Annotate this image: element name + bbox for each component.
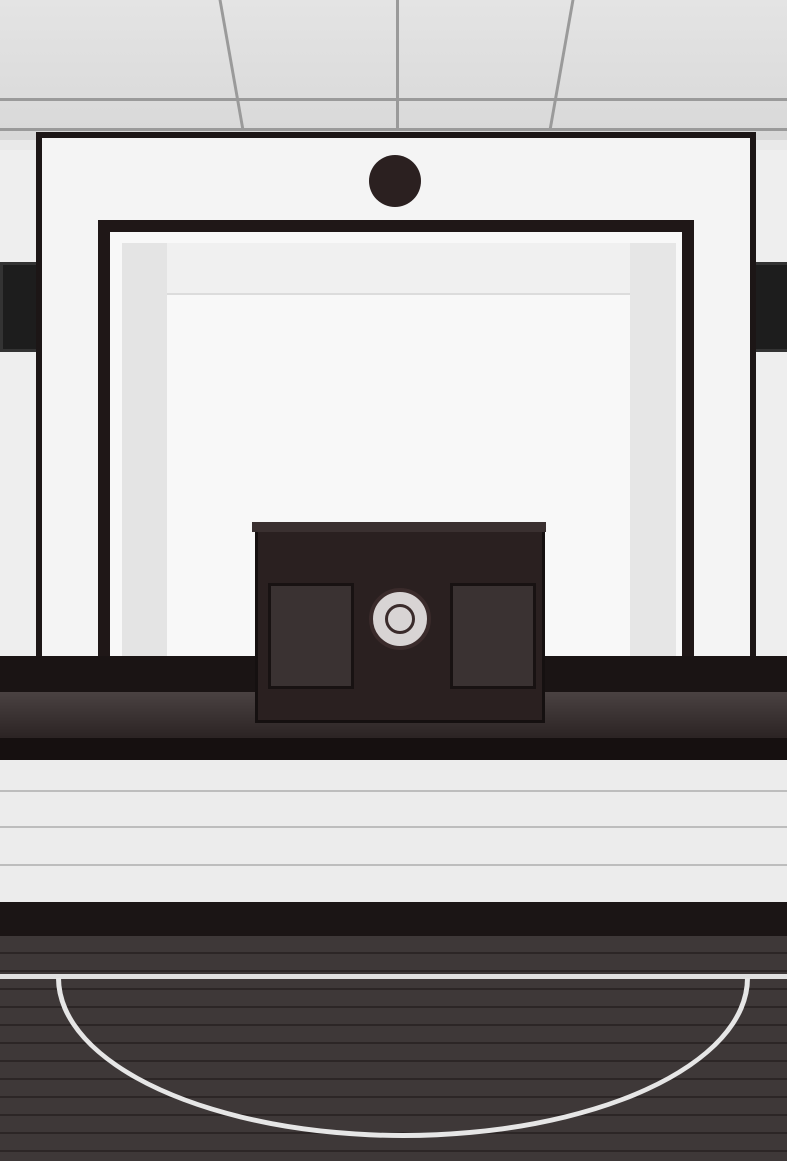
wall-emblem: [369, 155, 421, 207]
podium-panel-left: [268, 583, 354, 689]
step-base: [0, 902, 787, 938]
auditorium-photo: [0, 0, 787, 1161]
podium-panel-right: [450, 583, 536, 689]
step-line: [0, 790, 787, 792]
step-line: [0, 864, 787, 866]
ceiling: [0, 0, 787, 140]
ceiling-line: [0, 98, 787, 101]
ceiling-line: [396, 0, 399, 130]
podium-top: [252, 522, 546, 532]
left-wall: [0, 150, 40, 670]
stage-steps: [0, 760, 787, 906]
inner-header: [165, 243, 630, 295]
stage-edge: [0, 738, 787, 762]
podium-seal-center: [385, 604, 415, 634]
ceiling-line: [0, 128, 787, 131]
inner-pillar-right: [630, 243, 676, 658]
step-line: [0, 826, 787, 828]
inner-pillar-left: [122, 243, 167, 658]
